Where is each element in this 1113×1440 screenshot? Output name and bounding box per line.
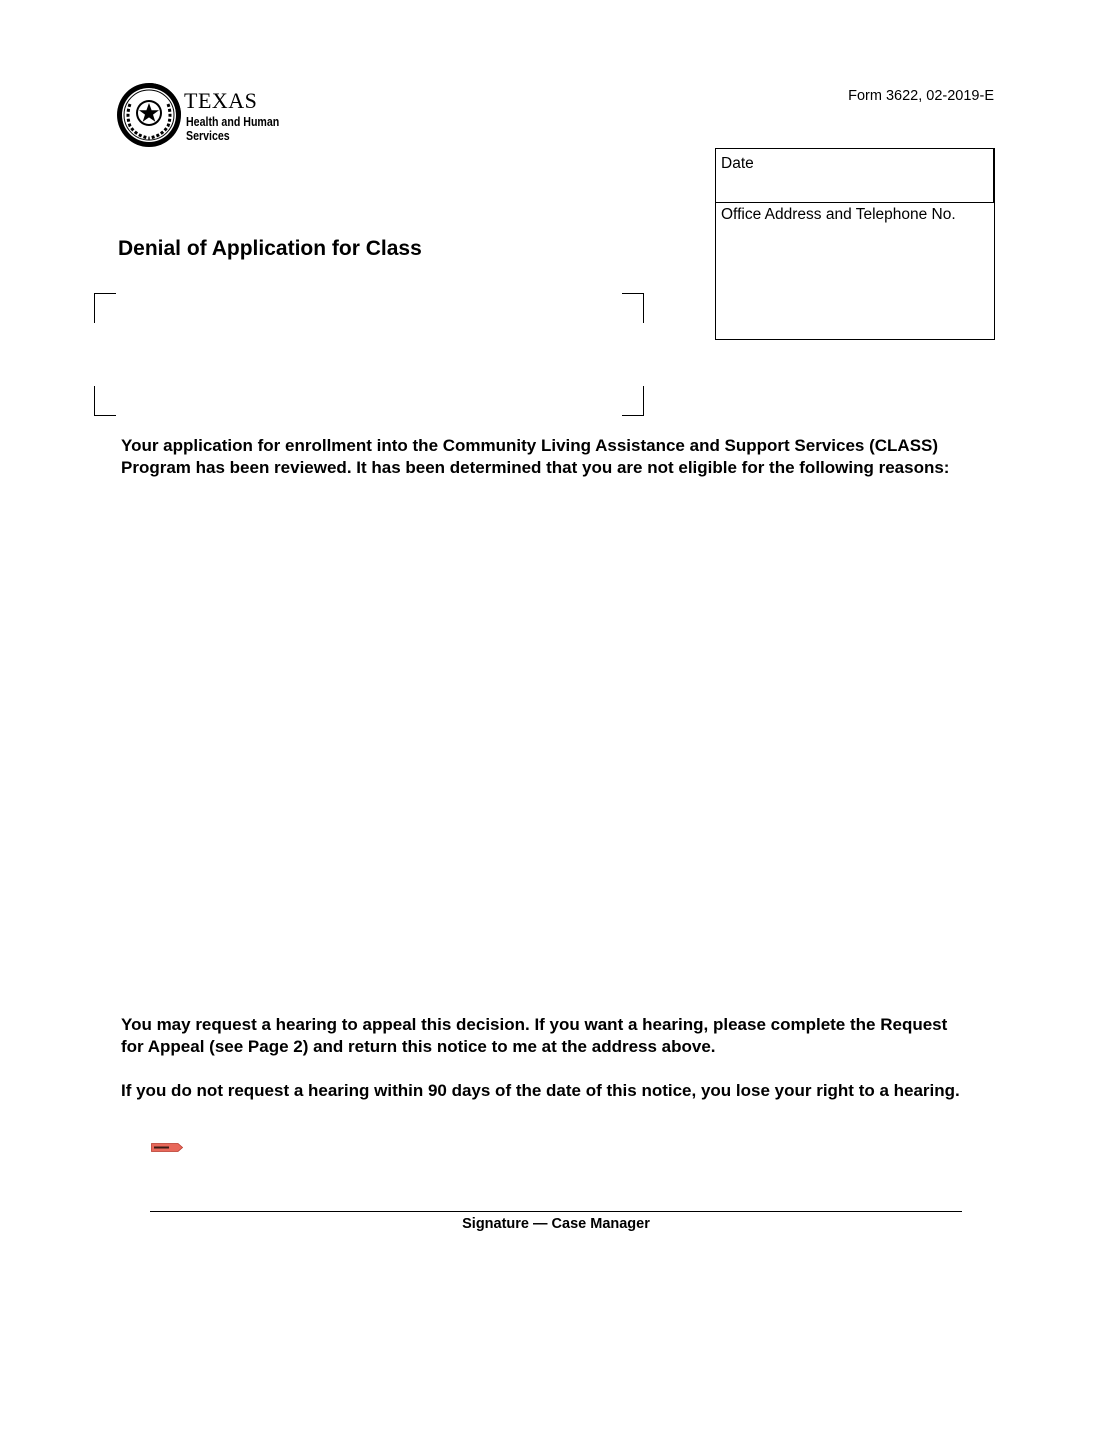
intro-paragraph: Your application for enrollment into the…	[121, 435, 961, 479]
address-window	[94, 293, 644, 416]
form-number: Form 3622, 02-2019-E	[848, 88, 994, 104]
sign-here-flag-icon[interactable]	[151, 1143, 183, 1152]
date-label: Date	[721, 155, 754, 173]
logo-subtitle: Health and Human Services	[186, 115, 279, 143]
texas-hhs-logo: TEXAS Health and Human Services	[116, 82, 296, 150]
deadline-paragraph: If you do not request a hearing within 9…	[121, 1080, 961, 1102]
corner-mark-bottom-left	[94, 386, 116, 416]
appeal-paragraph: You may request a hearing to appeal this…	[121, 1014, 961, 1058]
date-field[interactable]: Date	[716, 149, 995, 203]
signature-label: Signature — Case Manager	[150, 1216, 962, 1232]
texas-state-seal-icon	[116, 82, 182, 148]
signature-line[interactable]	[150, 1211, 962, 1212]
corner-mark-top-right	[622, 293, 644, 323]
reasons-area[interactable]	[121, 505, 961, 995]
corner-mark-bottom-right	[622, 386, 644, 416]
info-box: Date Office Address and Telephone No.	[715, 148, 995, 340]
logo-subtitle-line1: Health and Human	[186, 115, 279, 129]
page-title: Denial of Application for Class	[118, 237, 422, 261]
corner-mark-top-left	[94, 293, 116, 323]
office-address-field[interactable]: Office Address and Telephone No.	[716, 203, 994, 339]
logo-subtitle-line2: Services	[186, 129, 279, 143]
office-address-label: Office Address and Telephone No.	[721, 206, 956, 224]
logo-title: TEXAS	[184, 90, 257, 112]
